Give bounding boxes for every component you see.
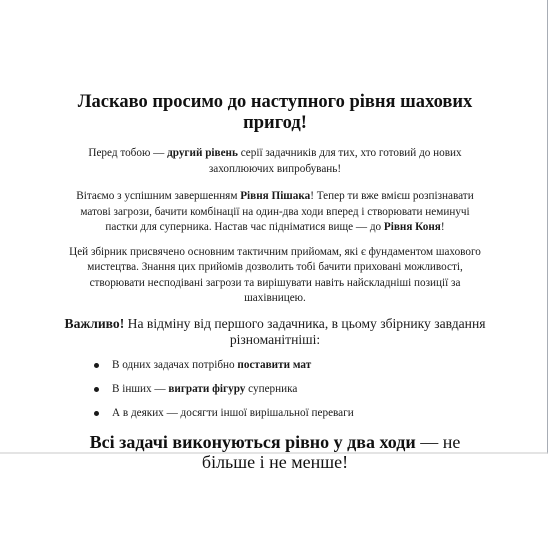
list-item: В інших — виграти фігуру суперника [64,382,486,406]
list-item-bold: виграти фігуру [168,383,245,395]
list-item: А в деяких — досягти іншої вирішальної п… [64,406,486,430]
intro-text-2: серії задачників для тих, хто готовий до… [209,147,462,175]
document-page: Ласкаво просимо до наступного рівня шахо… [0,0,548,454]
congrats-bold-knight-level: Рівня Коня [384,221,441,233]
important-label: Важливо! [65,316,125,331]
congrats-text-1: Вітаємо з успішним завершенням [76,190,240,202]
list-item-text-end: суперника [245,383,297,395]
intro-paragraph: Перед тобою — другий рівень серії задачн… [64,146,486,177]
description-paragraph: Цей збірник присвячено основним тактични… [64,245,486,307]
final-paragraph: Всі задачі виконуються рівно у два ходи … [64,432,486,472]
task-types-list: В одних задачах потрібно поставити мат В… [64,358,486,430]
bullet-icon [94,363,99,368]
important-text: На відміну від першого задачника, в цьом… [124,316,485,347]
final-bold: Всі задачі виконуються рівно у два ходи [90,432,416,452]
congrats-text-3: ! [441,221,445,233]
intro-text-1: Перед тобою — [88,147,167,159]
page-edge-mask [544,0,547,92]
page-title: Ласкаво просимо до наступного рівня шахо… [64,92,486,134]
list-item-text: В інших — [112,383,168,395]
congrats-bold-pawn-level: Рівня Пішака [240,190,310,202]
list-item-bold: поставити мат [237,359,311,371]
document-content: Ласкаво просимо до наступного рівня шахо… [64,92,486,472]
list-item: В одних задачах потрібно поставити мат [64,358,486,382]
important-paragraph: Важливо! На відміну від першого задачник… [64,316,486,348]
intro-bold-level: другий рівень [167,147,238,159]
bullet-icon [94,387,99,392]
list-item-text: В одних задачах потрібно [112,359,237,371]
congrats-paragraph: Вітаємо з успішним завершенням Рівня Піш… [64,189,486,236]
bullet-icon [94,411,99,416]
list-item-text: А в деяких — досягти іншої вирішальної п… [112,407,354,419]
